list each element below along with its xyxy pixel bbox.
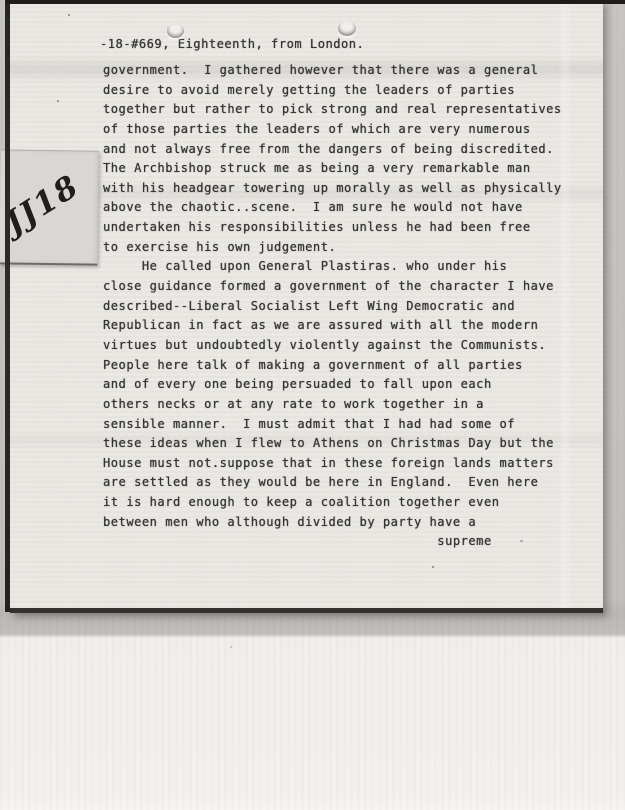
typed-line: to exercise his own judgement. — [103, 238, 562, 258]
typed-line: close guidance formed a government of th… — [103, 277, 562, 297]
scan-speck — [57, 100, 59, 102]
typed-line: The Archbishop struck me as being a very… — [103, 159, 562, 179]
handwriting-icon: JJ18 — [0, 150, 99, 263]
handwritten-annotation: JJ18 — [0, 168, 86, 244]
hole-punch-icon — [167, 24, 184, 38]
typed-line: it is hard enough to keep a coalition to… — [103, 493, 562, 513]
scanned-document-canvas: -18-#669, Eighteenth, from London. gover… — [0, 0, 625, 810]
typed-line: Republican in fact as we are assured wit… — [103, 316, 562, 336]
typed-line: virtues but undoubtedly violently agains… — [103, 336, 562, 356]
typed-line: these ideas when I flew to Athens on Chr… — [103, 434, 562, 454]
typed-line: together but rather to pick strong and r… — [103, 100, 562, 120]
page-top-edge-shadow — [6, 0, 625, 4]
typed-line: are settled as they would be here in Eng… — [103, 473, 562, 493]
typed-body: government. I gathered however that ther… — [103, 61, 562, 552]
typed-line: and not always free from the dangers of … — [103, 140, 562, 160]
typed-line: People here talk of making a government … — [103, 356, 562, 376]
typed-line: supreme — [103, 532, 562, 552]
typed-line: government. I gathered however that ther… — [103, 61, 562, 81]
typed-line: described--Liberal Socialist Left Wing D… — [103, 297, 562, 317]
typed-line: undertaken his responsibilities unless h… — [103, 218, 562, 238]
typed-line: between men who although divided by part… — [103, 513, 562, 533]
typed-line: with his headgear towering up morally as… — [103, 179, 562, 199]
scan-speck — [432, 566, 434, 568]
hole-punch-icon — [338, 21, 356, 36]
document-page: -18-#669, Eighteenth, from London. gover… — [10, 0, 603, 613]
scan-speck — [128, 131, 130, 133]
typed-line: of those parties the leaders of which ar… — [103, 120, 562, 140]
typed-line: House must not.suppose that in these for… — [103, 454, 562, 474]
scan-speck — [68, 14, 70, 16]
typed-line: sensible manner. I must admit that I had… — [103, 415, 562, 435]
page-left-edge-shadow — [5, 0, 10, 612]
scan-speck — [230, 646, 232, 648]
typed-line: others necks or at any rate to work toge… — [103, 395, 562, 415]
typed-line: above the chaotic..scene. I am sure he w… — [103, 198, 562, 218]
typed-line: and of every one being persuaded to fall… — [103, 375, 562, 395]
scan-speck — [520, 540, 523, 542]
page-header: -18-#669, Eighteenth, from London. — [100, 37, 364, 51]
archive-tag: JJ18 — [0, 149, 99, 265]
typed-line: He called upon General Plastiras. who un… — [103, 257, 562, 277]
typed-line: desire to avoid merely getting the leade… — [103, 81, 562, 101]
